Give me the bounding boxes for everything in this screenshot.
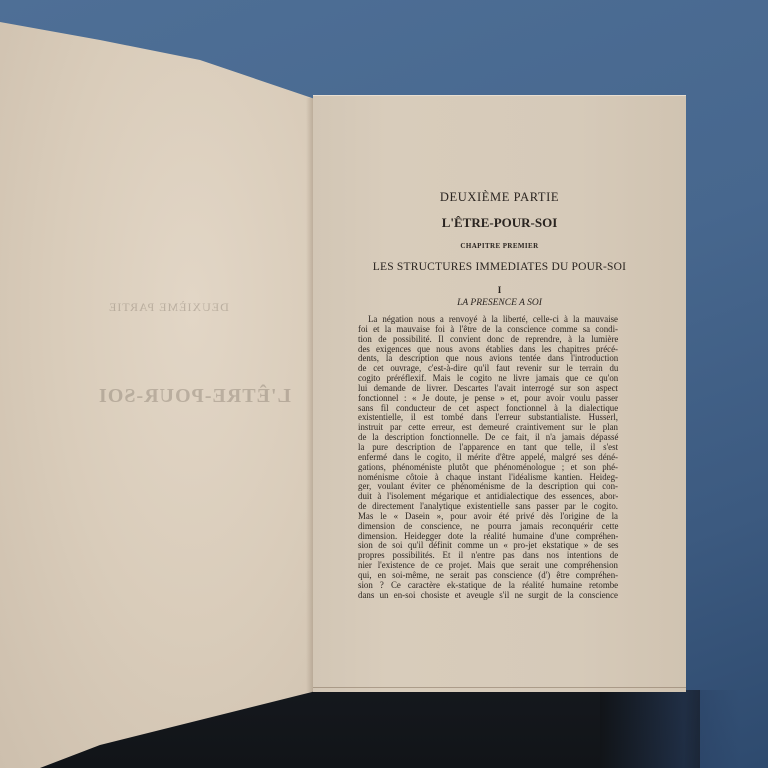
chapter-label: CHAPITRE PREMIER xyxy=(313,242,686,250)
section-title: LA PRESENCE A SOI xyxy=(313,298,686,308)
left-page: DEUXIÈME PARTIE L'ÊTRE-POUR-SOI xyxy=(0,0,320,768)
text-line: dans un en-soi chosiste et aveugle s'il … xyxy=(358,591,618,601)
part-heading: DEUXIÈME PARTIE xyxy=(313,190,686,205)
part-title: L'ÊTRE-POUR-SOI xyxy=(313,215,686,231)
right-page: DEUXIÈME PARTIE L'ÊTRE-POUR-SOI CHAPITRE… xyxy=(313,95,686,692)
body-text: La négation nous a renvoyé à la liberté,… xyxy=(358,315,618,600)
shadow-fade xyxy=(600,690,740,768)
bleed-through-title: L'ÊTRE-POUR-SOI xyxy=(98,385,291,408)
section-number: I xyxy=(313,285,686,295)
bleed-through-part: DEUXIÈME PARTIE xyxy=(108,300,229,315)
chapter-title: LES STRUCTURES IMMEDIATES DU POUR-SOI xyxy=(313,261,686,273)
